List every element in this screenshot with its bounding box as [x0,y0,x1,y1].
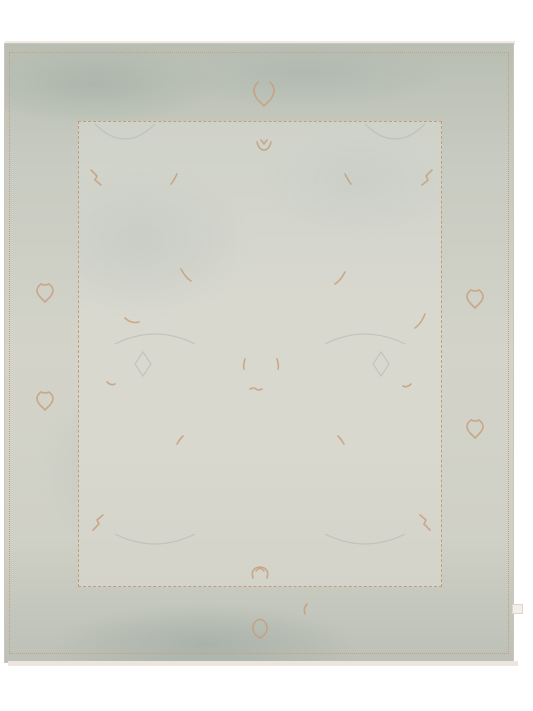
rug-fringe-bottom [8,661,518,666]
rug-label-tag [512,604,523,614]
rug [5,44,513,662]
rug-field [78,121,442,587]
